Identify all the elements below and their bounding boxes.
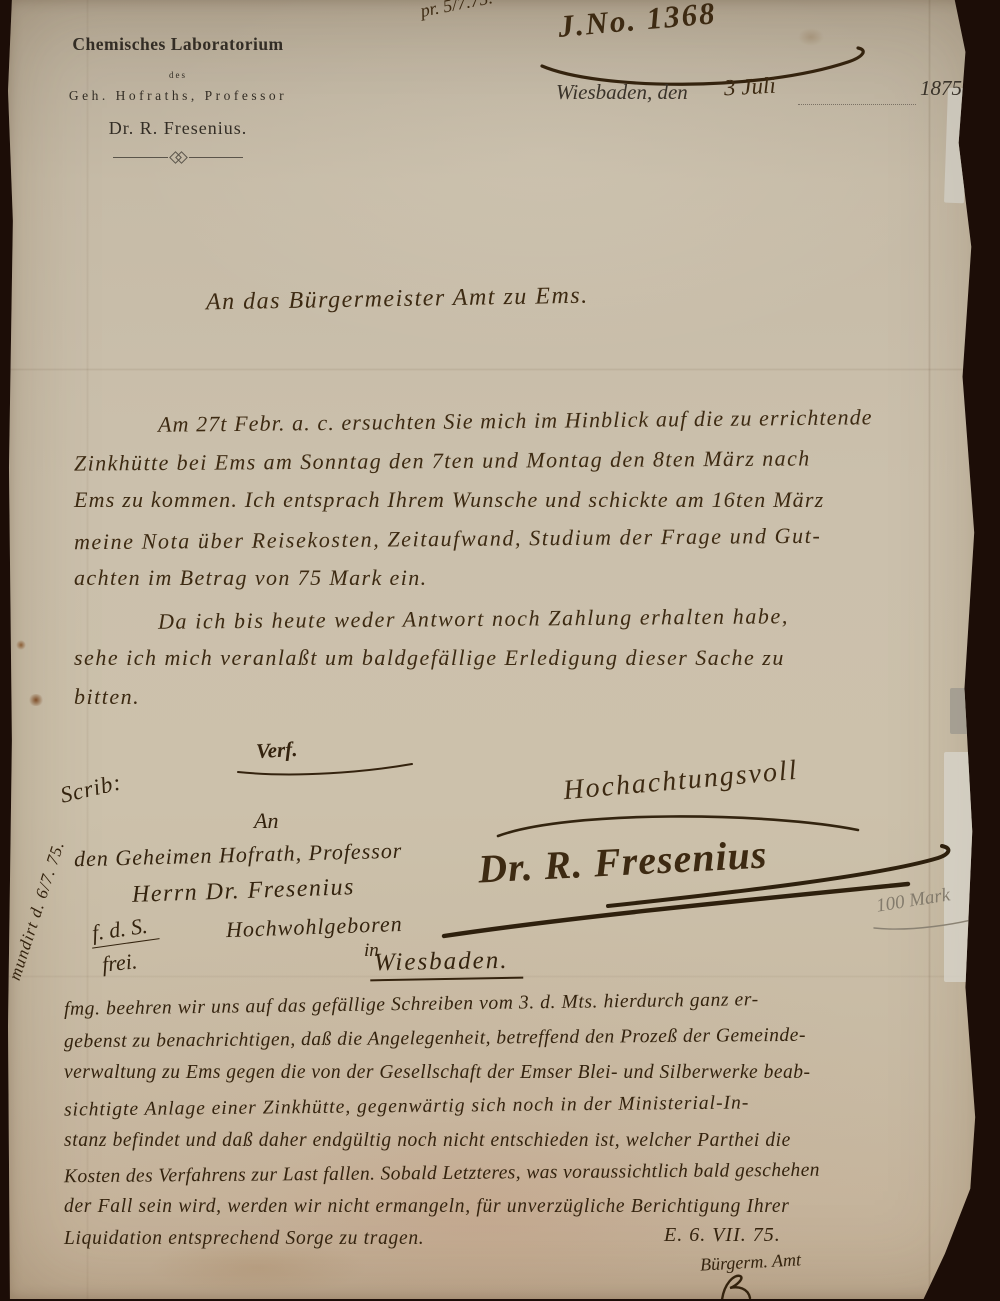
registry-disposition-mark: Verf. (255, 737, 298, 764)
document-scan: Chemisches Laboratorium des Geh. Hofrath… (0, 0, 1000, 1301)
letter-paper: Chemisches Laboratorium des Geh. Hofrath… (8, 0, 982, 1299)
dateline-dotted-rule (798, 82, 916, 105)
journal-number: J.No. 1368 (557, 0, 718, 45)
pencil-amount-note: 100 Mark (875, 884, 952, 917)
ornament-divider-icon (113, 153, 243, 162)
body-line: Zinkhütte bei Ems am Sonntag den 7ten un… (74, 445, 811, 476)
reply-draft-line: sichtigte Anlage einer Zinkhütte, gegenw… (64, 1092, 749, 1121)
body-line: meine Nota über Reisekosten, Zeitaufwand… (74, 523, 822, 556)
letterhead-name: Dr. R. Fresenius. (63, 118, 293, 139)
tape-remnant (950, 688, 968, 734)
reply-address-an: An (254, 808, 278, 834)
letterhead-title: Geh. Hofraths, Professor (38, 88, 318, 104)
body-line: bitten. (74, 684, 140, 710)
reply-address-city: Wiesbaden. (370, 947, 523, 982)
franking-fds: f. d. S. (88, 911, 159, 948)
body-line: sehe ich mich veranlaßt um baldgefällige… (74, 645, 785, 671)
reply-draft-line: Liquidation entsprechend Sorge zu tragen… (64, 1228, 424, 1250)
letter-address-line: An das Bürgermeister Amt zu Ems. (206, 283, 589, 317)
received-date-mark: pr. 5/7.75. (419, 0, 495, 22)
body-line: Da ich bis heute weder Antwort noch Zahl… (158, 603, 789, 635)
franking-frei: frei. (101, 948, 139, 978)
tape-remnant (944, 752, 974, 982)
reply-draft-date-mark: E. 6. VII. 75. (664, 1224, 781, 1247)
body-line: Am 27t Febr. a. c. ersuchten Sie mich im… (158, 404, 873, 437)
body-line: Ems zu kommen. Ich entsprach Ihrem Wunsc… (74, 487, 824, 513)
letterhead-institution: Chemisches Laboratorium (63, 34, 293, 55)
dateline-place-printed: Wiesbaden, den (556, 80, 688, 105)
disposition-underline (236, 762, 416, 780)
reply-draft-line: fmg. beehren wir uns auf das gefällige S… (64, 989, 759, 1021)
reply-draft-line: verwaltung zu Ems gegen die von der Gese… (64, 1062, 810, 1084)
signature-fresenius: Dr. R. Fresenius (477, 830, 768, 892)
reply-draft-line: der Fall sein wird, werden wir nicht erm… (64, 1196, 790, 1218)
paraph-initials-icon (712, 1272, 758, 1301)
reply-address-name: Herrn Dr. Fresenius (132, 874, 356, 909)
letterhead-des: des (63, 70, 293, 80)
horizontal-fold-crease (8, 368, 982, 371)
rust-stain (28, 694, 44, 706)
rust-stain (16, 640, 26, 650)
tape-remnant (944, 88, 968, 204)
dateline-day-handwritten: 3 Juli (723, 73, 776, 102)
small-stain (798, 28, 824, 46)
vertical-fold-crease (928, 0, 931, 1299)
closing-salutation: Hochachtungsvoll (562, 755, 800, 807)
reply-address-honorific: Hochwohlgeboren (226, 911, 404, 943)
margin-note-vertical: mundirt d. 6/7. 75. (5, 777, 89, 983)
reply-address-title: den Geheimen Hofrath, Professor (74, 838, 403, 873)
body-line: achten im Betrag von 75 Mark ein. (74, 565, 428, 591)
reply-draft-office: Bürgerm. Amt (700, 1249, 802, 1275)
reply-draft-line: gebenst zu benachrichtigen, daß die Ange… (64, 1025, 806, 1053)
dateline-year: 1875 (920, 76, 962, 101)
reply-draft-line: stanz befindet und daß daher endgültig n… (64, 1130, 791, 1152)
